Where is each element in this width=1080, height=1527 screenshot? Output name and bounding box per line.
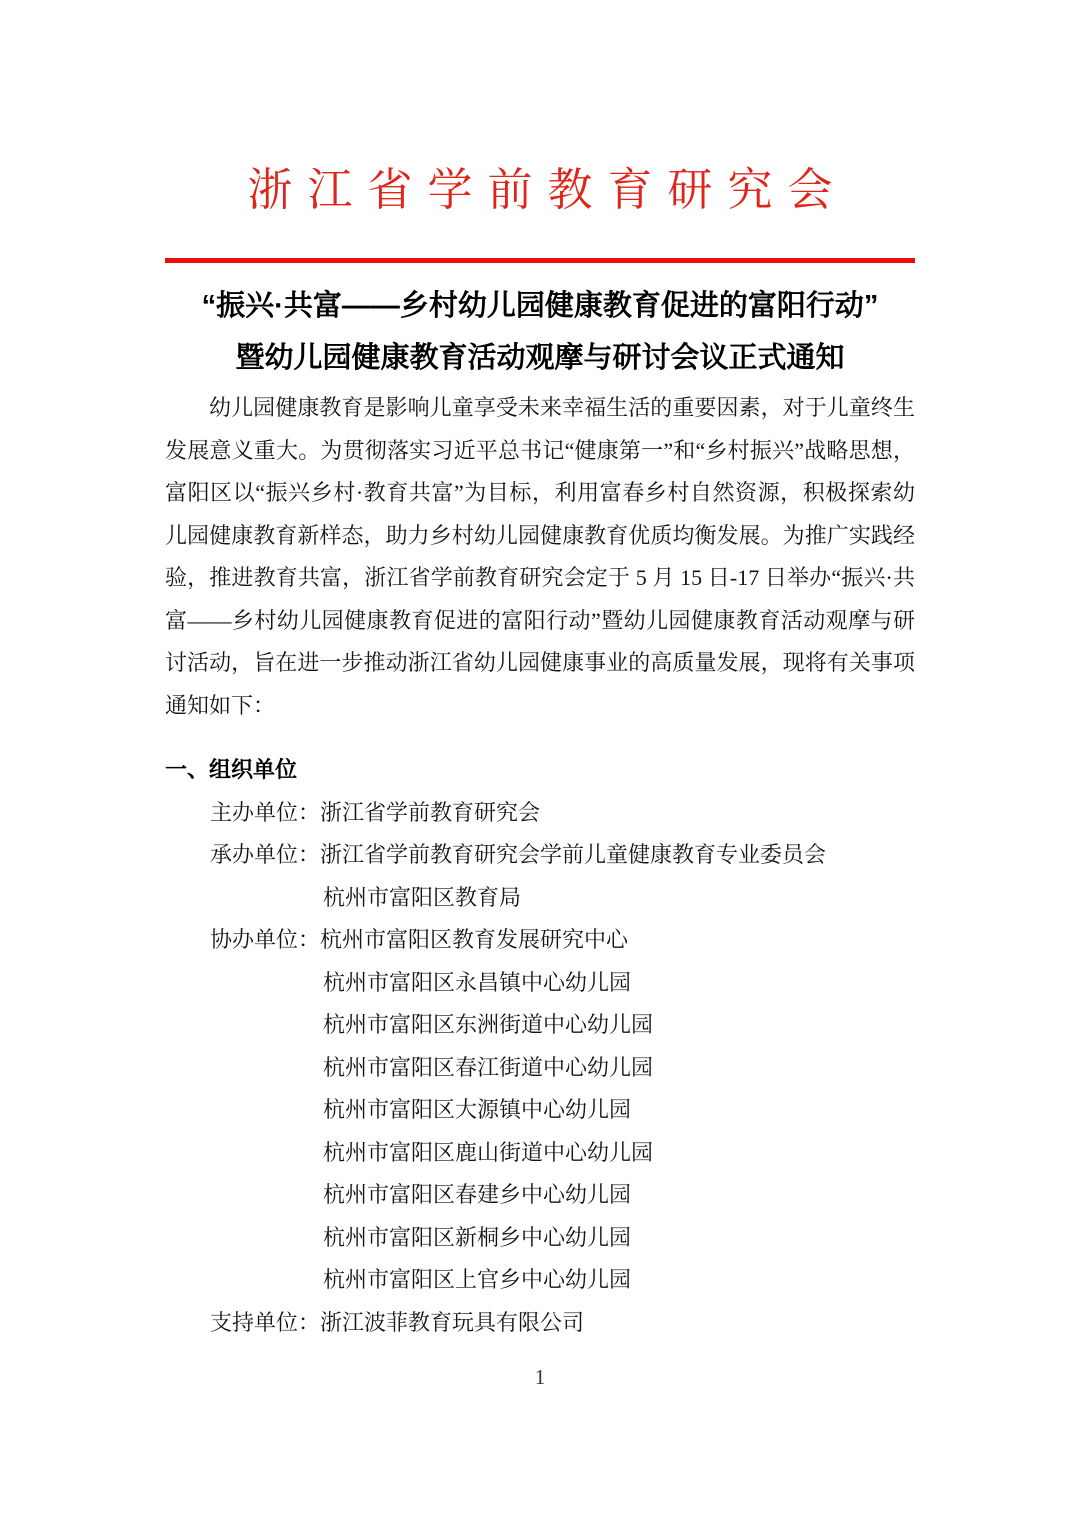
document-page: 浙江省学前教育研究会 “振兴·共富——乡村幼儿园健康教育促进的富阳行动” 暨幼儿…: [0, 0, 1080, 1527]
letterhead-org-name: 浙江省学前教育研究会: [165, 164, 915, 216]
org-role-label: 承办单位：: [210, 842, 320, 867]
org-name-continuation: 杭州市富阳区大源镇中心幼儿园: [165, 1089, 915, 1132]
org-role-label: 主办单位：: [210, 800, 320, 825]
intro-paragraph: 幼儿园健康教育是影响儿童享受未来幸福生活的重要因素，对于儿童终生发展意义重大。为…: [165, 387, 915, 727]
document-content: 浙江省学前教育研究会 “振兴·共富——乡村幼儿园健康教育促进的富阳行动” 暨幼儿…: [165, 164, 915, 1344]
org-name: 杭州市富阳区教育发展研究中心: [320, 927, 628, 952]
org-name-continuation: 杭州市富阳区春建乡中心幼儿园: [165, 1174, 915, 1217]
org-row: 主办单位：浙江省学前教育研究会: [165, 792, 915, 835]
org-row: 承办单位：浙江省学前教育研究会学前儿童健康教育专业委员会: [165, 834, 915, 877]
org-name-continuation: 杭州市富阳区新桐乡中心幼儿园: [165, 1217, 915, 1260]
document-title: “振兴·共富——乡村幼儿园健康教育促进的富阳行动” 暨幼儿园健康教育活动观摩与研…: [165, 280, 915, 384]
org-row: 协办单位：杭州市富阳区教育发展研究中心: [165, 919, 915, 962]
org-role-label: 协办单位：: [210, 927, 320, 952]
page-number: 1: [0, 1362, 1080, 1392]
document-title-line1: “振兴·共富——乡村幼儿园健康教育促进的富阳行动”: [165, 280, 915, 332]
org-row: 支持单位：浙江波菲教育玩具有限公司: [165, 1302, 915, 1345]
org-name: 浙江省学前教育研究会: [320, 800, 540, 825]
org-role-label: 支持单位：: [210, 1310, 320, 1335]
organization-list: 主办单位：浙江省学前教育研究会承办单位：浙江省学前教育研究会学前儿童健康教育专业…: [165, 792, 915, 1345]
org-name-continuation: 杭州市富阳区上官乡中心幼儿园: [165, 1259, 915, 1302]
org-name-continuation: 杭州市富阳区鹿山街道中心幼儿园: [165, 1132, 915, 1175]
document-title-line2: 暨幼儿园健康教育活动观摩与研讨会议正式通知: [165, 332, 915, 384]
org-name-continuation: 杭州市富阳区春江街道中心幼儿园: [165, 1047, 915, 1090]
section-heading-organizers: 一、组织单位: [165, 749, 915, 792]
org-name-continuation: 杭州市富阳区教育局: [165, 877, 915, 920]
org-name-continuation: 杭州市富阳区永昌镇中心幼儿园: [165, 962, 915, 1005]
letterhead-divider-rule: [165, 258, 915, 263]
org-name-continuation: 杭州市富阳区东洲街道中心幼儿园: [165, 1004, 915, 1047]
org-name: 浙江省学前教育研究会学前儿童健康教育专业委员会: [320, 842, 826, 867]
org-name: 浙江波菲教育玩具有限公司: [320, 1310, 584, 1335]
